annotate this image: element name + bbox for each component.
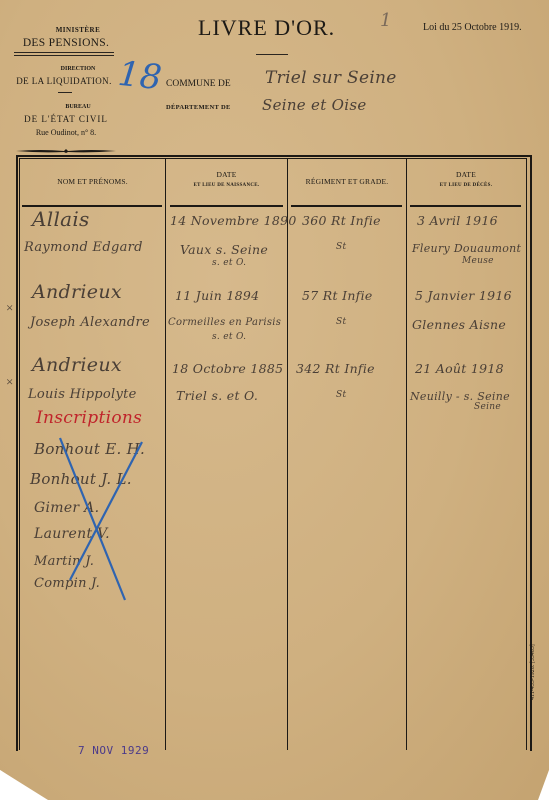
column-header-birth: DATE ET LIEU DE NAISSANCE. — [166, 160, 287, 188]
inscriptions-heading: Inscriptions — [36, 408, 142, 428]
column-header-name: NOM ET PRÉNOMS. — [20, 160, 165, 186]
grade: St — [336, 242, 346, 252]
death-date: 5 Janvier 1916 — [415, 288, 512, 303]
birth-date: 11 Juin 1894 — [175, 288, 259, 303]
document-page: MINISTÈRE DES PENSIONS. DIRECTION DE LA … — [0, 0, 549, 800]
header-rule — [291, 205, 402, 207]
title-underline — [256, 54, 288, 55]
birth-dept: s. et O. — [212, 258, 246, 268]
small-divider — [58, 92, 72, 93]
column-header-regiment: RÉGIMENT ET GRADE. — [288, 160, 406, 186]
margin-cross-mark: × — [6, 300, 13, 316]
address: Rue Oudinot, n° 8. — [16, 128, 116, 137]
date-stamp: 7 NOV 1929 — [78, 744, 149, 757]
ministry-label: MINISTÈRE — [38, 26, 118, 34]
birth-place: Cormeilles en Parisis — [168, 317, 281, 328]
given-names: Raymond Edgard — [24, 240, 143, 255]
commune-label: COMMUNE DE — [166, 79, 231, 89]
surname: Andrieux — [32, 354, 122, 376]
ministry-name: DES PENSIONS. — [16, 37, 116, 49]
letterhead-divider — [14, 52, 114, 53]
blue-annotation: 18 — [116, 54, 164, 98]
department-label: DÉPARTEMENT DE — [166, 104, 231, 111]
header-rule — [410, 205, 521, 207]
regiment: 342 Rt Infie — [296, 361, 375, 376]
page-title: LIVRE D'OR. — [198, 15, 335, 41]
death-place: Fleury Douaumont — [412, 242, 521, 255]
birth-place: Vaux s. Seine — [180, 242, 268, 257]
header-rule — [170, 205, 283, 207]
birth-date: 14 Novembre 1890 — [170, 213, 297, 228]
death-date: 21 Août 1918 — [415, 361, 504, 376]
given-names: Louis Hippolyte — [28, 387, 137, 402]
direction-name: DE LA LIQUIDATION. — [14, 76, 114, 86]
department-value: Seine et Oise — [262, 96, 367, 114]
letterhead-divider-thin — [14, 55, 114, 56]
margin-cross-mark: × — [6, 374, 13, 390]
surname: Allais — [32, 207, 90, 231]
law-reference: Loi du 25 Octobre 1919. — [423, 22, 522, 33]
direction-label: DIRECTION — [38, 66, 118, 72]
page-number-handwritten: 1 — [380, 10, 392, 31]
column-divider — [406, 159, 407, 750]
birth-date: 18 Octobre 1885 — [172, 361, 283, 376]
column-header-death: DATE ET LIEU DE DÉCÈS. — [407, 160, 525, 188]
grade: St — [336, 390, 346, 400]
printer-reference: 411-435-1928. [33485] — [530, 644, 536, 700]
death-dept: Meuse — [462, 256, 494, 266]
bureau-label: BUREAU — [38, 104, 118, 110]
death-dept: Seine — [474, 402, 501, 412]
death-place: Glennes Aisne — [412, 317, 506, 332]
grade: St — [336, 317, 346, 327]
death-date: 3 Avril 1916 — [417, 213, 498, 228]
column-divider — [287, 159, 288, 750]
given-names: Joseph Alexandre — [30, 315, 150, 330]
regiment: 360 Rt Infie — [302, 213, 381, 228]
regiment: 57 Rt Infie — [302, 288, 373, 303]
birth-dept: s. et O. — [212, 332, 246, 342]
blue-cross-out-strike — [30, 430, 170, 615]
birth-place: Triel s. et O. — [176, 388, 258, 403]
surname: Andrieux — [32, 281, 122, 303]
commune-value: Triel sur Seine — [265, 68, 397, 88]
bureau-name: DE L'ÉTAT CIVIL — [16, 114, 116, 124]
